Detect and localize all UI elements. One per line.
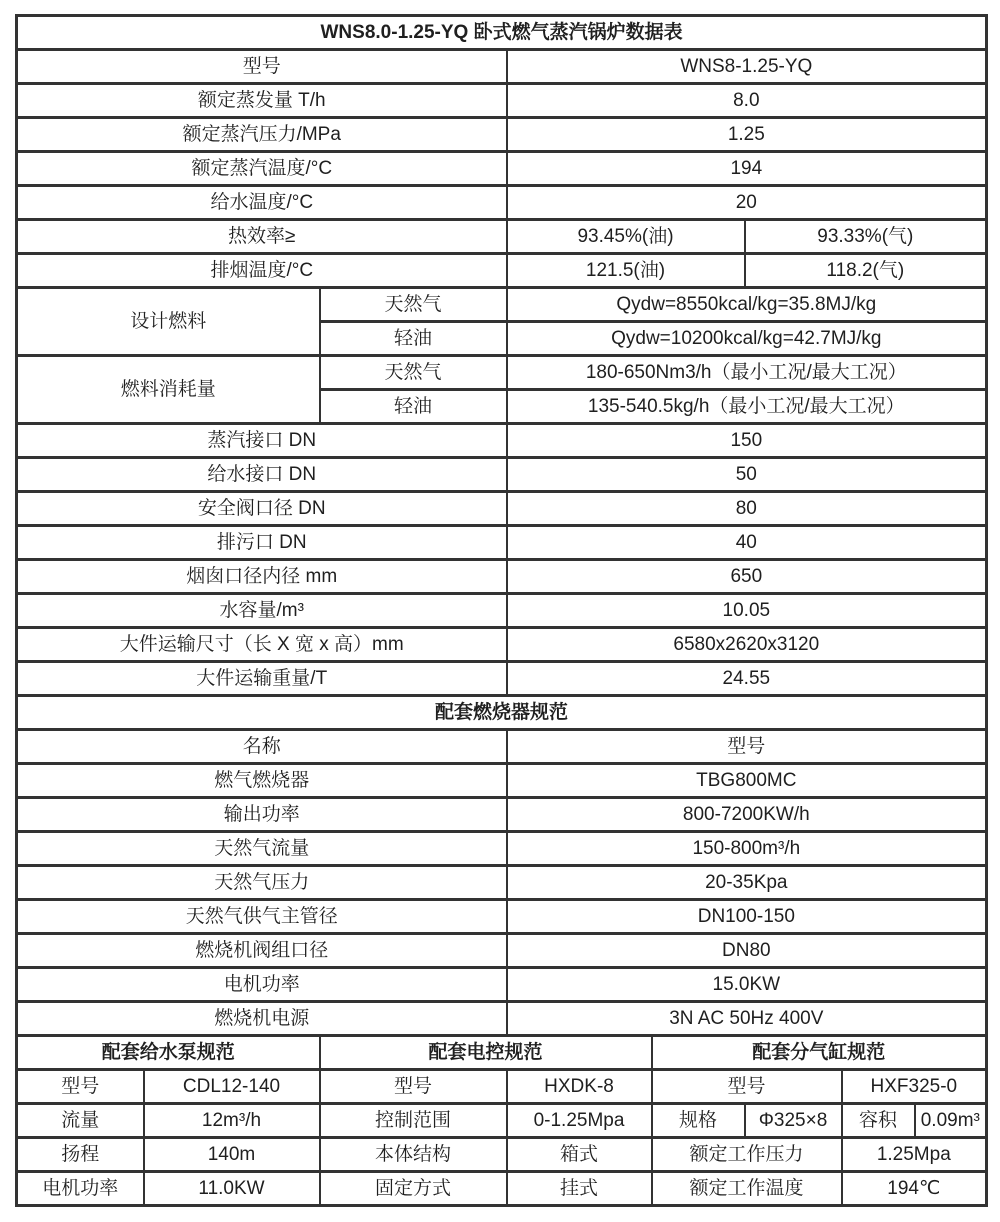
row-label-valve-group: 燃烧机阀组口径: [17, 934, 507, 968]
row-value-exhaust-gas: 118.2(气): [745, 254, 987, 288]
row-value-motor-power: 15.0KW: [507, 968, 987, 1002]
control-range-label: 控制范围: [320, 1104, 507, 1138]
row-label-feedwater-inlet: 给水接口 DN: [17, 458, 507, 492]
pump-flow-value: 12m³/h: [144, 1104, 320, 1138]
table-title: WNS8.0-1.25-YQ 卧式燃气蒸汽锅炉数据表: [17, 16, 987, 50]
row-value-gas-consumption: 180-650Nm3/h（最小工况/最大工况）: [507, 356, 987, 390]
pump-section-header: 配套给水泵规范: [17, 1036, 320, 1070]
cylinder-model-value: HXF325-0: [842, 1070, 987, 1104]
row-value-blowdown-port: 40: [507, 526, 987, 560]
pump-motor-value: 11.0KW: [144, 1172, 320, 1206]
row-value-efficiency-gas: 93.33%(气): [745, 220, 987, 254]
sub-label-light-oil: 轻油: [320, 390, 507, 424]
control-section-header: 配套电控规范: [320, 1036, 652, 1070]
row-label-fuel-consumption: 燃料消耗量: [17, 356, 320, 424]
row-value-steam-outlet: 150: [507, 424, 987, 458]
row-label-safety-valve: 安全阀口径 DN: [17, 492, 507, 526]
row-label-output-power: 输出功率: [17, 798, 507, 832]
row-value-model: WNS8-1.25-YQ: [507, 50, 987, 84]
row-value-gas-main-pipe: DN100-150: [507, 900, 987, 934]
row-label-motor-power: 电机功率: [17, 968, 507, 1002]
control-range-value: 0-1.25Mpa: [507, 1104, 652, 1138]
pump-head-label: 扬程: [17, 1138, 144, 1172]
row-label-gas-flow: 天然气流量: [17, 832, 507, 866]
row-value-safety-valve: 80: [507, 492, 987, 526]
row-label-rated-evaporation: 额定蒸发量 T/h: [17, 84, 507, 118]
pump-flow-label: 流量: [17, 1104, 144, 1138]
row-value-chimney-diameter: 650: [507, 560, 987, 594]
row-label-gas-pressure: 天然气压力: [17, 866, 507, 900]
burner-section-header: 配套燃烧器规范: [17, 696, 987, 730]
row-label-thermal-efficiency: 热效率≥: [17, 220, 507, 254]
control-model-label: 型号: [320, 1070, 507, 1104]
cylinder-model-label: 型号: [652, 1070, 842, 1104]
control-mounting-label: 固定方式: [320, 1172, 507, 1206]
row-value-name: 型号: [507, 730, 987, 764]
cylinder-temp-value: 194℃: [842, 1172, 987, 1206]
sub-label-natural-gas: 天然气: [320, 288, 507, 322]
row-label-steam-outlet: 蒸汽接口 DN: [17, 424, 507, 458]
row-value-transport-weight: 24.55: [507, 662, 987, 696]
row-value-water-capacity: 10.05: [507, 594, 987, 628]
row-label-transport-weight: 大件运输重量/T: [17, 662, 507, 696]
cylinder-spec-label: 规格: [652, 1104, 745, 1138]
row-label-steam-temperature: 额定蒸汽温度/°C: [17, 152, 507, 186]
row-value-rated-evaporation: 8.0: [507, 84, 987, 118]
row-label-feedwater-temperature: 给水温度/°C: [17, 186, 507, 220]
row-value-feedwater-temperature: 20: [507, 186, 987, 220]
row-value-natural-gas-heat: Qydw=8550kcal/kg=35.8MJ/kg: [507, 288, 987, 322]
sub-label-natural-gas: 天然气: [320, 356, 507, 390]
row-label-burner-power-supply: 燃烧机电源: [17, 1002, 507, 1036]
row-value-transport-size: 6580x2620x3120: [507, 628, 987, 662]
row-value-gas-burner: TBG800MC: [507, 764, 987, 798]
boiler-spec-table: WNS8.0-1.25-YQ 卧式燃气蒸汽锅炉数据表 型号 WNS8-1.25-…: [15, 14, 988, 1207]
control-structure-label: 本体结构: [320, 1138, 507, 1172]
control-model-value: HXDK-8: [507, 1070, 652, 1104]
row-label-water-capacity: 水容量/m³: [17, 594, 507, 628]
cylinder-temp-label: 额定工作温度: [652, 1172, 842, 1206]
cylinder-volume-value: 0.09m³: [915, 1104, 987, 1138]
row-label-blowdown-port: 排污口 DN: [17, 526, 507, 560]
control-structure-value: 箱式: [507, 1138, 652, 1172]
row-value-valve-group: DN80: [507, 934, 987, 968]
row-value-efficiency-oil: 93.45%(油): [507, 220, 745, 254]
row-label-chimney-diameter: 烟囱口径内径 mm: [17, 560, 507, 594]
row-label-gas-burner: 燃气燃烧器: [17, 764, 507, 798]
row-value-oil-consumption: 135-540.5kg/h（最小工况/最大工况）: [507, 390, 987, 424]
row-label-exhaust-temperature: 排烟温度/°C: [17, 254, 507, 288]
pump-head-value: 140m: [144, 1138, 320, 1172]
row-label-design-fuel: 设计燃料: [17, 288, 320, 356]
row-value-gas-flow: 150-800m³/h: [507, 832, 987, 866]
cylinder-pressure-label: 额定工作压力: [652, 1138, 842, 1172]
control-mounting-value: 挂式: [507, 1172, 652, 1206]
pump-motor-label: 电机功率: [17, 1172, 144, 1206]
cylinder-volume-label: 容积: [842, 1104, 915, 1138]
pump-model-label: 型号: [17, 1070, 144, 1104]
row-label-rated-pressure: 额定蒸汽压力/MPa: [17, 118, 507, 152]
cylinder-section-header: 配套分气缸规范: [652, 1036, 987, 1070]
row-value-exhaust-oil: 121.5(油): [507, 254, 745, 288]
cylinder-pressure-value: 1.25Mpa: [842, 1138, 987, 1172]
row-value-output-power: 800-7200KW/h: [507, 798, 987, 832]
row-label-gas-main-pipe: 天然气供气主管径: [17, 900, 507, 934]
row-value-rated-pressure: 1.25: [507, 118, 987, 152]
row-value-burner-power-supply: 3N AC 50Hz 400V: [507, 1002, 987, 1036]
row-value-light-oil-heat: Qydw=10200kcal/kg=42.7MJ/kg: [507, 322, 987, 356]
row-value-feedwater-inlet: 50: [507, 458, 987, 492]
row-value-steam-temperature: 194: [507, 152, 987, 186]
row-label-model: 型号: [17, 50, 507, 84]
row-label-transport-size: 大件运输尺寸（长 X 宽 x 高）mm: [17, 628, 507, 662]
row-value-gas-pressure: 20-35Kpa: [507, 866, 987, 900]
pump-model-value: CDL12-140: [144, 1070, 320, 1104]
cylinder-spec-value: Φ325×8: [745, 1104, 842, 1138]
sub-label-light-oil: 轻油: [320, 322, 507, 356]
row-label-name: 名称: [17, 730, 507, 764]
